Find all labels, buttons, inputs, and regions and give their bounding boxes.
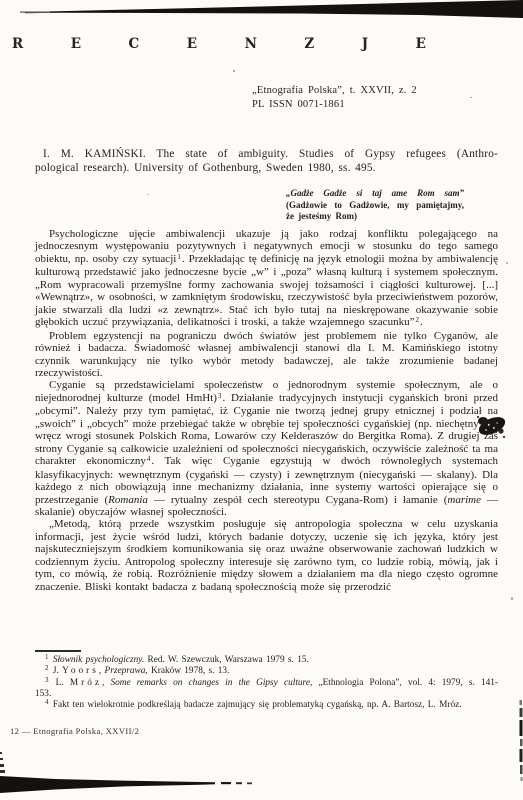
- scan-dashed-line-right: [520, 700, 523, 781]
- scan-noise-dot: [506, 262, 508, 264]
- journal-reference: „Etnografia Polska”, t. XXVII, z. 2 PL I…: [252, 84, 417, 112]
- scan-noise-dot: [511, 597, 513, 600]
- scan-streak-top: [25, 0, 523, 18]
- footnote-rule: [35, 650, 81, 652]
- running-head-letter: E: [187, 36, 197, 52]
- scan-streak-bottom: [0, 776, 252, 793]
- footnote-2: 2 J. Yoors, Przeprawa, Kraków 1978, s. 1…: [35, 666, 498, 677]
- paragraph-2: Problem egzystencji na pograniczu dwóch …: [35, 330, 498, 380]
- running-head-letter: R: [12, 36, 23, 52]
- running-head-letter: N: [245, 36, 257, 52]
- journal-title-line: „Etnografia Polska”, t. XXVII, z. 2: [252, 84, 417, 98]
- epigraph-line: że jesteśmy Rom): [286, 211, 464, 223]
- review-heading-line: pological research). University of Gothe…: [35, 161, 498, 175]
- scanned-page: R E C E N Z J E „Etnografia Polska”, t. …: [0, 0, 523, 800]
- paragraph-4: „Metodą, którą przede wszystkim posługuj…: [35, 518, 498, 593]
- footnote-4: 4 Fakt ten wielokrotnie podkreślają bada…: [35, 700, 498, 711]
- paragraph-3: Cyganie są przedstawicielami społeczeńst…: [35, 379, 498, 518]
- scan-edge-marks-left: [0, 752, 5, 773]
- running-head-letter: E: [416, 36, 426, 52]
- footnote-1: 1 Słownik psychologiczny. Red. W. Szewcz…: [35, 655, 498, 666]
- epigraph: „Gadże Gadże si taj ame Rom sam” (Gadżow…: [286, 188, 464, 223]
- scan-noise-dot: [233, 70, 235, 72]
- scan-noise-dot: [147, 194, 149, 195]
- running-head-letter: C: [129, 36, 140, 52]
- body-text: Psychologiczne ujęcie ambiwalencji ukazu…: [35, 228, 498, 593]
- review-heading: I. M. KAMIŃSKI. The state of ambiguity. …: [35, 147, 498, 175]
- running-head-letter: J: [362, 36, 368, 52]
- review-heading-line: I. M. KAMIŃSKI. The state of ambiguity. …: [35, 147, 498, 161]
- footnote-3: 3 L. Mróz, Some remarks on changes in th…: [35, 678, 498, 701]
- printer-signature: 12 — Etnografia Polska, XXVII/2: [10, 726, 139, 736]
- footnotes: 1 Słownik psychologiczny. Red. W. Szewcz…: [35, 655, 498, 711]
- running-head-letter: E: [71, 36, 81, 52]
- running-head-letter: Z: [304, 36, 314, 52]
- scan-noise-dot: [470, 97, 472, 98]
- running-head: R E C E N Z J E: [12, 36, 426, 52]
- scan-streak-top-tail: [20, 11, 50, 12]
- journal-issn-line: PL ISSN 0071-1861: [252, 98, 417, 112]
- epigraph-line: (Gadżowie to Gadżowie, my pamiętajmy,: [286, 200, 464, 212]
- paragraph-1: Psychologiczne ujęcie ambiwalencji ukazu…: [35, 228, 498, 330]
- epigraph-line: „Gadże Gadże si taj ame Rom sam”: [286, 188, 464, 200]
